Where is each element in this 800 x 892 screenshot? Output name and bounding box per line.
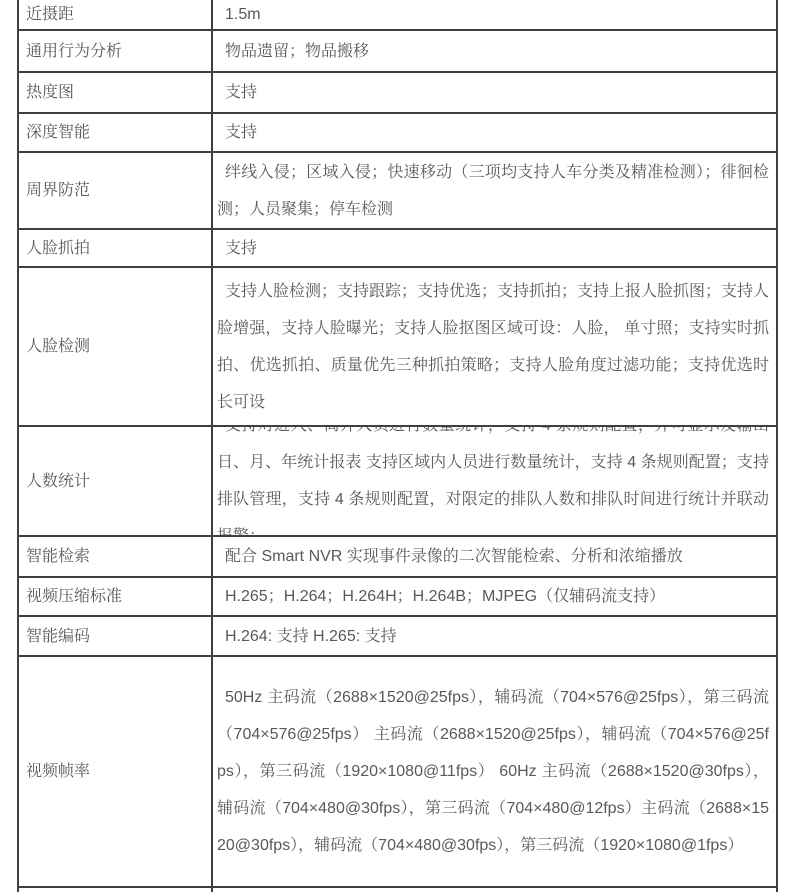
spec-value-cell: H.264: 支持 H.265: 支持 <box>213 617 776 655</box>
spec-value: 支持 <box>217 74 769 111</box>
spec-value-cell: H.265；H.264；H.264H；H.264B；MJPEG（仅辅码流支持） <box>213 578 776 615</box>
table-row-general-behavior-analysis: 通用行为分析 物品遗留；物品搬移 <box>19 31 776 73</box>
table-row-perimeter-protection: 周界防范 绊线入侵；区域入侵；快速移动（三项均支持人车分类及精准检测）；徘徊检测… <box>19 153 776 230</box>
spec-value-cell: 支持对进入、离开人员进行数量统计，支持 4 条规则配置，并可显示及输出日、月、年… <box>213 427 776 535</box>
spec-label-cell: 智能检索 <box>19 537 213 576</box>
spec-label: 智能编码 <box>26 618 211 655</box>
spec-value: 支持 <box>217 114 769 151</box>
spec-value-cell: 1.5m <box>213 0 776 29</box>
spec-label: 深度智能 <box>26 114 211 151</box>
spec-value-cell <box>213 888 776 892</box>
spec-label-cell: 周界防范 <box>19 153 213 228</box>
spec-label: 人脸抓拍 <box>26 230 211 267</box>
spec-value: 50Hz 主码流（2688×1520@25fps），辅码流（704×576@25… <box>217 679 769 864</box>
spec-value: 支持对进入、离开人员进行数量统计，支持 4 条规则配置，并可显示及输出日、月、年… <box>217 427 769 535</box>
table-row-video-frame-rate: 视频帧率 50Hz 主码流（2688×1520@25fps），辅码流（704×5… <box>19 657 776 888</box>
spec-value-cell: 物品遗留；物品搬移 <box>213 31 776 71</box>
spec-label: 热度图 <box>26 74 211 111</box>
spec-label-cell: 热度图 <box>19 73 213 112</box>
spec-label-cell: 人数统计 <box>19 427 213 535</box>
spec-label: 人数统计 <box>26 463 211 500</box>
spec-label: 智能检索 <box>26 538 211 575</box>
spec-value: H.264: 支持 H.265: 支持 <box>217 618 769 655</box>
spec-label: 视频压缩标准 <box>26 578 211 615</box>
spec-label-cell: 通用行为分析 <box>19 31 213 71</box>
spec-value: 物品遗留；物品搬移 <box>217 33 769 70</box>
spec-value: 1.5m <box>217 0 769 29</box>
spec-label-cell: 深度智能 <box>19 114 213 151</box>
table-row-smart-search: 智能检索 配合 Smart NVR 实现事件录像的二次智能检索、分析和浓缩播放 <box>19 537 776 578</box>
table-row-near-focus-distance: 近摄距 1.5m <box>19 0 776 31</box>
table-row-smart-codec: 智能编码 H.264: 支持 H.265: 支持 <box>19 617 776 657</box>
spec-value-cell: 绊线入侵；区域入侵；快速移动（三项均支持人车分类及精准检测）；徘徊检测；人员聚集… <box>213 153 776 228</box>
spec-label: 视频帧率 <box>26 753 211 790</box>
spec-label: 人脸检测 <box>26 328 211 365</box>
spec-label-cell: 智能编码 <box>19 617 213 655</box>
spec-label-cell: 近摄距 <box>19 0 213 29</box>
spec-value: 支持人脸检测；支持跟踪；支持优选；支持抓拍；支持上报人脸抓图；支持人脸增强，支持… <box>217 273 769 421</box>
spec-label: 通用行为分析 <box>26 33 211 70</box>
spec-label-cell: 视频帧率 <box>19 657 213 886</box>
spec-value: H.265；H.264；H.264H；H.264B；MJPEG（仅辅码流支持） <box>217 578 769 615</box>
table-row-people-counting: 人数统计 支持对进入、离开人员进行数量统计，支持 4 条规则配置，并可显示及输出… <box>19 427 776 537</box>
spec-label-cell: 人脸检测 <box>19 268 213 425</box>
table-row-face-detection: 人脸检测 支持人脸检测；支持跟踪；支持优选；支持抓拍；支持上报人脸抓图；支持人脸… <box>19 268 776 427</box>
spec-value: 支持 <box>217 230 769 266</box>
spec-label-cell <box>19 888 213 892</box>
document-page: 近摄距 1.5m 通用行为分析 物品遗留；物品搬移 热度图 支持 深度智能 支持… <box>0 0 800 892</box>
table-row-heat-map: 热度图 支持 <box>19 73 776 114</box>
spec-label-cell: 人脸抓拍 <box>19 230 213 266</box>
spec-label: 周界防范 <box>26 172 211 209</box>
spec-value-cell: 支持人脸检测；支持跟踪；支持优选；支持抓拍；支持上报人脸抓图；支持人脸增强，支持… <box>213 268 776 425</box>
spec-label: 近摄距 <box>26 0 211 31</box>
table-row-video-compression: 视频压缩标准 H.265；H.264；H.264H；H.264B；MJPEG（仅… <box>19 578 776 617</box>
spec-value-cell: 配合 Smart NVR 实现事件录像的二次智能检索、分析和浓缩播放 <box>213 537 776 576</box>
spec-value-cell: 支持 <box>213 114 776 151</box>
table-row-partial-cutoff <box>19 888 776 892</box>
spec-value-cell: 支持 <box>213 230 776 266</box>
table-row-deep-intelligence: 深度智能 支持 <box>19 114 776 153</box>
spec-value: 绊线入侵；区域入侵；快速移动（三项均支持人车分类及精准检测）；徘徊检测；人员聚集… <box>217 154 769 228</box>
spec-value-cell: 50Hz 主码流（2688×1520@25fps），辅码流（704×576@25… <box>213 657 776 886</box>
table-row-face-capture: 人脸抓拍 支持 <box>19 230 776 268</box>
spec-label-cell: 视频压缩标准 <box>19 578 213 615</box>
spec-value: 配合 Smart NVR 实现事件录像的二次智能检索、分析和浓缩播放 <box>217 538 769 575</box>
spec-value-cell: 支持 <box>213 73 776 112</box>
spec-table: 近摄距 1.5m 通用行为分析 物品遗留；物品搬移 热度图 支持 深度智能 支持… <box>17 0 778 892</box>
